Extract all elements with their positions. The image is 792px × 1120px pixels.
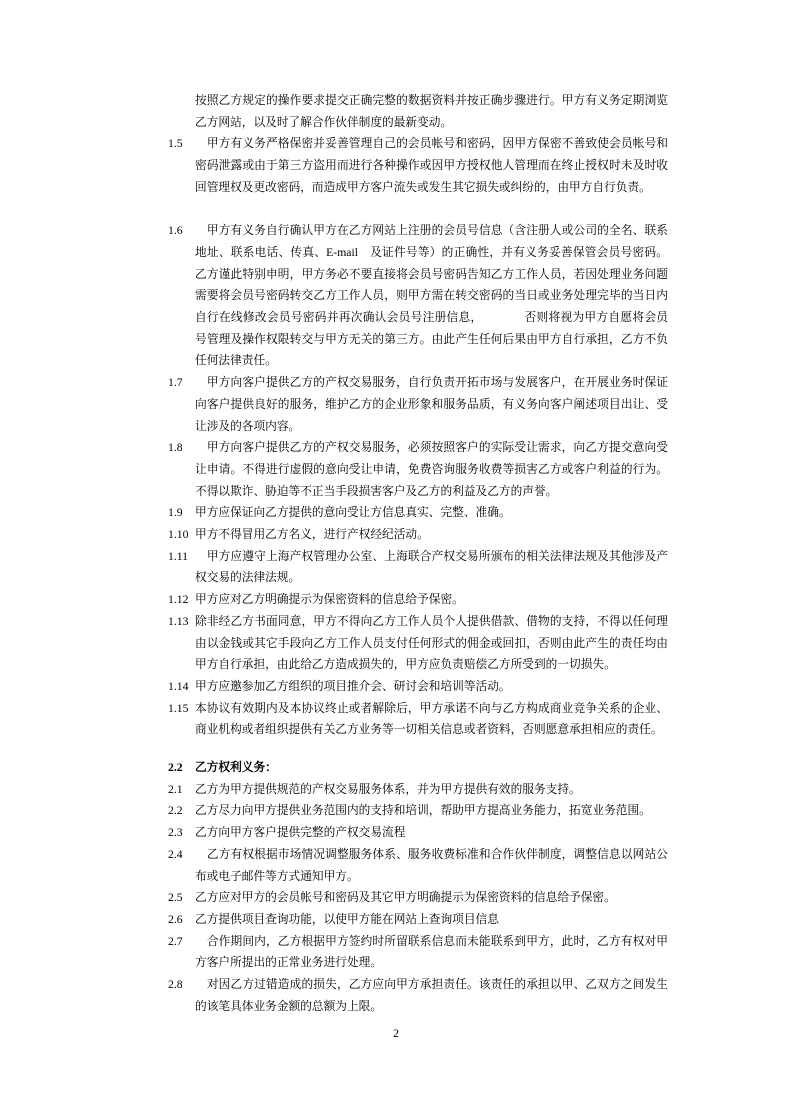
section2-heading: 2.2 乙方权利义务： — [167, 757, 668, 779]
document-page: 按照乙方规定的操作要求提交正确完整的数据资料并按正确步骤进行。甲方有义务定期浏览… — [0, 0, 792, 1120]
clause-2.8: 2.8 对因乙方过错造成的损失，乙方应向甲方承担责任。该责任的承担以甲、乙双方之… — [167, 974, 668, 1017]
clause-text: 按照乙方规定的操作要求提交正确完整的数据资料并按正确步骤进行。甲方有义务定期浏览… — [195, 94, 668, 129]
clause-2.7: 2.7 合作期间内，乙方根据甲方签约时所留联系信息而未能联系到甲方，此时，乙方有… — [167, 931, 668, 974]
clause-text: 乙方应对甲方的会员帐号和密码及其它甲方明确提示为保密资料的信息给予保密。 — [195, 891, 616, 904]
clause-number: 2.7 — [168, 931, 183, 953]
clause-number: 1.13 — [168, 611, 188, 633]
clause-1.6: 1.6 甲方有义务自行确认甲方在乙方网站上注册的会员号信息（含注册人或公司的全名… — [167, 220, 668, 372]
clause-text: 乙方有权根据市场情况调整服务体系、服务收费标准和合作伙伴制度，调整信息以网站公布… — [195, 848, 668, 883]
clause-number: 1.5 — [168, 133, 183, 155]
clause-number: 1.11 — [168, 546, 188, 568]
clause-number: 2.6 — [168, 909, 183, 931]
clause-2.3: 2.3乙方向甲方客户提供完整的产权交易流程 — [167, 822, 668, 844]
clause-text: 甲方向客户提供乙方的产权交易服务，必须按照客户的实际受让需求，向乙方提交意向受让… — [195, 441, 668, 497]
clause-number: 2.4 — [168, 844, 183, 866]
clause-text: 甲方不得冒用乙方名义，进行产权经纪活动。 — [195, 528, 429, 541]
clause-number: 2.8 — [168, 974, 183, 996]
clause-2.2: 2.2乙方尽力向甲方提供业务范围内的支持和培训，帮助甲方提高业务能力，拓宽业务范… — [167, 800, 668, 822]
clause-1.11: 1.11 甲方应遵守上海产权管理办公室、上海联合产权交易所颁布的相关法律法规及其… — [167, 546, 668, 589]
clause-1.12: 1.12甲方应对乙方明确提示为保密资料的信息给予保密。 — [167, 589, 668, 611]
section-heading-title: 乙方权利义务： — [195, 761, 277, 774]
clause-text: 甲方应保证向乙方提供的意向受让方信息真实、完整、准确。 — [195, 506, 511, 519]
clause-text: 甲方向客户提供乙方的产权交易服务，自行负责开拓市场与发展客户，在开展业务时保证向… — [195, 376, 668, 432]
clause-text: 乙方为甲方提供规范的产权交易服务体系，并为甲方提供有效的服务支持。 — [195, 783, 581, 796]
clause-1.14: 1.14甲方应邀参加乙方组织的项目推介会、研讨会和培训等活动。 — [167, 676, 668, 698]
clause-text: 乙方向甲方客户提供完整的产权交易流程 — [195, 826, 405, 839]
section1-clause-list: 按照乙方规定的操作要求提交正确完整的数据资料并按正确步骤进行。甲方有义务定期浏览… — [167, 90, 668, 741]
clause-text: 甲方应遵守上海产权管理办公室、上海联合产权交易所颁布的相关法律法规及其他涉及产权… — [195, 550, 668, 585]
clause-2.1: 2.1乙方为甲方提供规范的产权交易服务体系，并为甲方提供有效的服务支持。 — [167, 779, 668, 801]
clause-1.7: 1.7 甲方向客户提供乙方的产权交易服务，自行负责开拓市场与发展客户，在开展业务… — [167, 372, 668, 437]
clause-number: 2.5 — [168, 887, 183, 909]
clause-1.15: 1.15本协议有效期内及本协议终止或者解除后，甲方承诺不向与乙方构成商业竞争关系… — [167, 698, 668, 741]
clause-2.6: 2.6乙方提供项目查询功能，以使甲方能在网站上查询项目信息 — [167, 909, 668, 931]
clause-number: 2.1 — [168, 779, 183, 801]
clause-number: 1.7 — [168, 372, 183, 394]
clause-1.9: 1.9甲方应保证向乙方提供的意向受让方信息真实、完整、准确。 — [167, 502, 668, 524]
clause-2.4: 2.4 乙方有权根据市场情况调整服务体系、服务收费标准和合作伙伴制度，调整信息以… — [167, 844, 668, 887]
clause-1.5: 1.5 甲方有义务严格保密并妥善管理自己的会员帐号和密码，因甲方保密不善致使会员… — [167, 133, 668, 198]
clause-continuation: 按照乙方规定的操作要求提交正确完整的数据资料并按正确步骤进行。甲方有义务定期浏览… — [167, 90, 668, 133]
contract-body: 按照乙方规定的操作要求提交正确完整的数据资料并按正确步骤进行。甲方有义务定期浏览… — [167, 90, 668, 1018]
clause-text: 甲方有义务自行确认甲方在乙方网站上注册的会员号信息（含注册人或公司的全名、联系地… — [195, 224, 668, 367]
page-number: 2 — [0, 1026, 792, 1041]
clause-number: 1.10 — [168, 524, 188, 546]
clause-text: 甲方有义务严格保密并妥善管理自己的会员帐号和密码，因甲方保密不善致使会员帐号和密… — [195, 137, 668, 193]
clause-text: 除非经乙方书面同意，甲方不得向乙方工作人员个人提供借款、借物的支持，不得以任何理… — [195, 615, 668, 671]
clause-text: 合作期间内，乙方根据甲方签约时所留联系信息而未能联系到甲方，此时，乙方有权对甲方… — [195, 935, 668, 970]
clause-1.13: 1.13除非经乙方书面同意，甲方不得向乙方工作人员个人提供借款、借物的支持，不得… — [167, 611, 668, 676]
clause-1.8: 1.8 甲方向客户提供乙方的产权交易服务，必须按照客户的实际受让需求，向乙方提交… — [167, 437, 668, 502]
clause-text: 本协议有效期内及本协议终止或者解除后，甲方承诺不向与乙方构成商业竞争关系的企业、… — [195, 702, 668, 737]
clause-text: 甲方应邀参加乙方组织的项目推介会、研讨会和培训等活动。 — [195, 680, 511, 693]
section2-clause-list: 2.1乙方为甲方提供规范的产权交易服务体系，并为甲方提供有效的服务支持。2.2乙… — [167, 779, 668, 1018]
clause-number: 1.12 — [168, 589, 188, 611]
section-heading-number: 2.2 — [168, 757, 183, 779]
clause-1.10: 1.10甲方不得冒用乙方名义，进行产权经纪活动。 — [167, 524, 668, 546]
clause-text: 甲方应对乙方明确提示为保密资料的信息给予保密。 — [195, 593, 464, 606]
clause-number: 1.6 — [168, 220, 183, 242]
clause-text: 对因乙方过错造成的损失，乙方应向甲方承担责任。该责任的承担以甲、乙双方之间发生的… — [195, 978, 668, 1013]
clause-number: 1.14 — [168, 676, 188, 698]
clause-number: 1.8 — [168, 437, 183, 459]
clause-number: 2.3 — [168, 822, 183, 844]
clause-text: 乙方尽力向甲方提供业务范围内的支持和培训，帮助甲方提高业务能力，拓宽业务范围。 — [195, 804, 651, 817]
clause-2.5: 2.5乙方应对甲方的会员帐号和密码及其它甲方明确提示为保密资料的信息给予保密。 — [167, 887, 668, 909]
clause-text: 乙方提供项目查询功能，以使甲方能在网站上查询项目信息 — [195, 913, 499, 926]
clause-number: 1.9 — [168, 502, 183, 524]
clause-number: 1.15 — [168, 698, 188, 720]
clause-number: 2.2 — [168, 800, 183, 822]
